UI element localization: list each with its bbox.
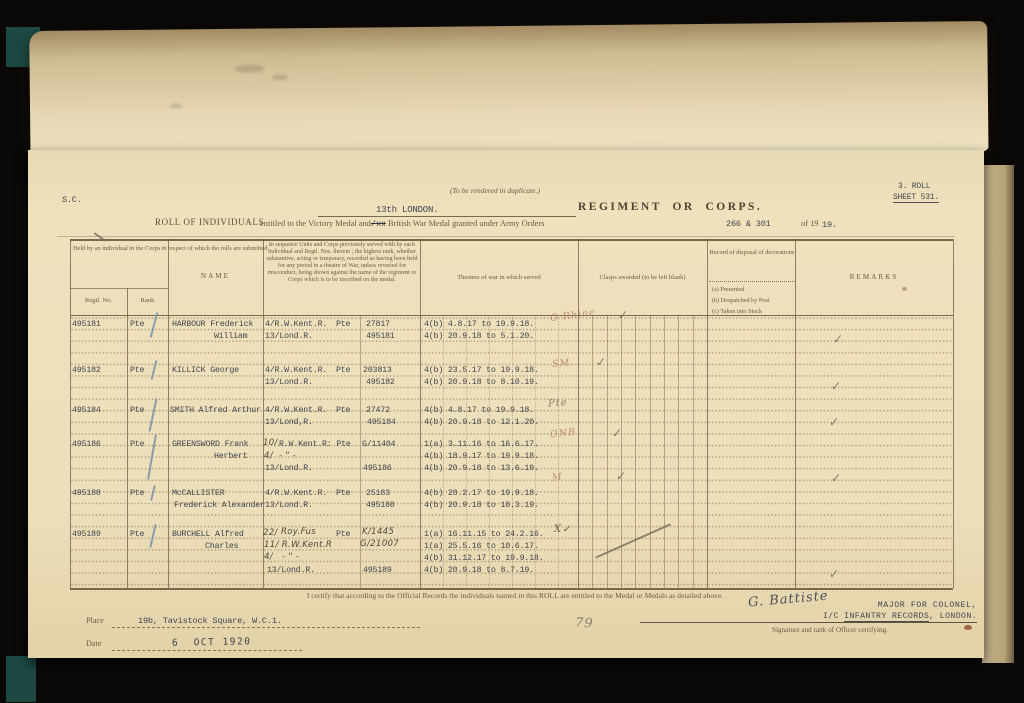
entry-text: HARBOUR Frederick <box>172 320 253 329</box>
roll-subtitle: entitled to the Victory Medal and/xx Bri… <box>258 219 544 229</box>
entry-text: 4(b) 4.8.17 to 19.9.18. <box>424 406 534 415</box>
entry-text: 10/ <box>263 438 278 448</box>
date-rule <box>112 650 302 651</box>
entry-text: 25183 <box>366 489 390 498</box>
header-held-by: Held by an individual in the Corps in re… <box>73 245 165 253</box>
entry-text: 11/ R.W.Kent.R <box>264 540 332 550</box>
header-units: In sequence Units and Corps previously s… <box>266 242 418 283</box>
entry-text: BURCHELL Alfred <box>172 530 244 539</box>
pencil-check-mark: ✓ <box>616 468 627 483</box>
entry-text: 495181 <box>366 332 395 341</box>
clasp-subcolumn-line <box>693 315 694 588</box>
entry-text: 4/ - " - <box>264 451 296 461</box>
entry-text: Pte <box>130 406 144 415</box>
entry-text: Pte <box>130 320 144 329</box>
header-disposal-b: (b) Despatched by Post <box>712 297 770 304</box>
entry-text: Pte <box>336 366 350 375</box>
pencil-check-mark: ✓ <box>618 307 629 322</box>
entry-text: 495188 <box>72 489 101 498</box>
held-by-subdivider <box>70 288 168 289</box>
handwritten-annotation: Pte <box>548 397 569 410</box>
table-right-border <box>953 239 954 588</box>
ink-speck <box>964 625 972 630</box>
unit-name-rule <box>318 216 576 217</box>
pencil-check-mark: ✓ <box>596 354 607 369</box>
clasp-subcolumn-line <box>678 315 679 588</box>
clasp-subcolumn-line <box>592 315 593 588</box>
header-rank: Rank <box>127 297 168 304</box>
pencil-check-mark: ✓ <box>829 566 840 581</box>
roll-subtitle-part1: entitled to the Victory Medal and <box>258 219 371 228</box>
entry-text: G/21007 <box>360 539 399 549</box>
entry-text: 4(b) 23.5.17 to 19.9.18. <box>424 366 539 375</box>
entry-text: 4/R.W.Kent.R. <box>265 406 327 415</box>
entry-text: KILLICK George <box>172 366 239 375</box>
duplicate-note: (To be rendered in duplicate.) <box>450 186 540 195</box>
entry-text: 495182 <box>72 366 101 375</box>
entry-text: 4(b) 20.9.18 to 13.6.19. <box>424 464 539 473</box>
entry-text: 4(b) 20.9.18 to 8.10.19. <box>424 378 539 387</box>
entry-text: 13/Lond,R. <box>265 418 313 427</box>
entry-text: Frederick Alexander <box>174 501 265 510</box>
entry-text: 4(b) 4.8.17 to 19.9.18. <box>424 320 534 329</box>
signature-rule <box>640 622 977 623</box>
officer-rank-line2: I/C INFANTRY RECORDS, LONDON. <box>770 612 977 621</box>
entry-text: William <box>214 332 247 341</box>
entry-text: 4/ - " - <box>264 552 299 562</box>
place-value: 19b, Tavistock Square, W.C.1. <box>138 616 282 626</box>
entry-text: 4/R.W.Kent.R. <box>265 320 327 329</box>
clasp-subcolumn-line <box>650 315 651 588</box>
entry-text: Pte <box>130 366 144 375</box>
entry-text: 4/R.W.Kent.R. <box>265 489 327 498</box>
handwritten-annotation: M <box>551 471 563 483</box>
entry-text: GREENSWORD Frank <box>172 440 248 449</box>
of-19-printed: of 19 <box>801 219 818 228</box>
entry-text: 4(b) 28.2.17 to 19.9.18. <box>424 489 539 498</box>
entry-text: Herbert <box>214 452 247 461</box>
header-regtl-no: Regtl. No. <box>70 297 127 304</box>
roll-subtitle-part2: British War Medal granted under Army Ord… <box>386 219 545 228</box>
handwritten-annotation: SM. <box>551 357 574 370</box>
entry-text: 13/Lond.R. <box>265 464 313 473</box>
entry-text: 1(a) 16.11.15 to 24.2.16. <box>424 530 543 539</box>
entry-text: 495189 <box>72 530 101 539</box>
pencil-check-mark: ✓ <box>612 425 623 440</box>
entry-text: 495182 <box>366 378 395 387</box>
header-disposal-title: Record of disposal of decorations <box>709 248 795 257</box>
entry-text: 495184 <box>72 406 101 415</box>
roll-title: ROLL OF INDIVIDUALS <box>155 217 264 227</box>
rank-line2-underlined: INFANTRY RECORDS <box>844 612 929 622</box>
entry-text: 495189 <box>363 566 392 575</box>
entry-text: K/1445 <box>362 527 394 537</box>
entry-text: 4(b) 18.9.17 to 19.9.18. <box>424 452 539 461</box>
entry-text: 495188 <box>366 501 395 510</box>
entry-text: 4(b) 20.9.18 to 5.1.20. <box>424 332 534 341</box>
entry-text: Pte <box>336 530 350 539</box>
rank-line2-prefix: I/C <box>823 612 844 621</box>
entry-text: 13/Lond.R. <box>265 501 313 510</box>
place-rule <box>112 627 420 628</box>
theatre-subcolumn-line <box>558 315 559 588</box>
entry-text: 4/R.W.Kent.R. <box>265 366 327 375</box>
handwritten-annotation: 79 <box>574 615 594 631</box>
roll-number: 3. ROLL <box>898 182 930 191</box>
clasp-subcolumn-line <box>664 315 665 588</box>
entry-text: Pte <box>336 489 350 498</box>
header-name: NAME <box>168 272 263 280</box>
pencil-check-mark: ✓ <box>831 470 842 485</box>
entry-text: 1(a) 3.11.16 to 16.6.17. <box>424 440 539 449</box>
pencil-check-mark: ✓ <box>833 331 844 346</box>
table-top-border <box>70 239 953 241</box>
army-orders-numbers: 266 & 301 <box>726 219 771 229</box>
entry-text: 27472 <box>366 406 390 415</box>
entry-text: 27817 <box>366 320 390 329</box>
entry-text: 4(b) 31.12.17 to 19.9.18. <box>424 554 543 563</box>
entry-text: 13/Lond.R. <box>267 566 315 575</box>
date-stamp: 6 OCT 1920 <box>172 636 252 648</box>
header-theatres: Theatres of war in which served <box>422 274 576 281</box>
clasp-subcolumn-line <box>621 315 622 588</box>
entry-text: 13/Lond.R. <box>265 332 313 341</box>
entry-text: Roy.Fus <box>281 527 316 537</box>
entry-text: 13/Lond.R. <box>265 378 313 387</box>
date-label: Date <box>86 639 101 648</box>
clasp-subcolumn-line <box>607 315 608 588</box>
pencil-check-mark: ✓ <box>829 414 840 429</box>
entry-text: Pte <box>130 489 144 498</box>
entry-text: R.W.Kent.R: Pte <box>279 440 351 449</box>
year-typed: 19. <box>822 220 837 230</box>
unit-name: 13th LONDON. <box>376 205 438 215</box>
header-clasps: Clasps awarded (to be left blank) <box>580 274 705 281</box>
header-disposal-a: (a) Presented <box>712 286 744 293</box>
signature-caption: Signature and rank of Officer certifying… <box>710 626 950 634</box>
sheet-content-layer: (To be rendered in duplicate.) S.C. 3. R… <box>0 0 1024 703</box>
table-top-hairline <box>57 236 955 237</box>
entry-text: 495186 <box>72 440 101 449</box>
header-remarks: REMARKS <box>795 273 953 281</box>
entry-text: Pte <box>336 406 350 415</box>
ink-speck <box>902 287 907 291</box>
sheet-number: SHEET 531. <box>893 193 939 203</box>
regiment-or-corps-label: REGIMENT OR CORPS. <box>578 201 762 213</box>
entry-text: Pte <box>336 320 350 329</box>
entry-text: Charles <box>205 542 238 551</box>
entry-text: Pte <box>130 440 144 449</box>
entry-text: SMITH Alfred Arthur <box>170 406 261 415</box>
pencil-check-mark: ✓ <box>831 378 842 393</box>
entry-text: Pte <box>130 530 144 539</box>
entry-text: 495184 <box>367 418 396 427</box>
handwritten-annotation: X✓ <box>554 524 572 535</box>
photo-backdrop: (To be rendered in duplicate.) S.C. 3. R… <box>0 0 1024 703</box>
entry-text: McCALLISTER <box>172 489 225 498</box>
entry-text: G/11404 <box>362 440 395 449</box>
entry-text: 4(b) 20.9.18 to 18.3.19. <box>424 501 539 510</box>
sc-mark: S.C. <box>62 195 82 205</box>
header-disposal-c: (c) Taken into Stock <box>712 308 762 315</box>
entry-text: 22/ <box>263 528 278 538</box>
entry-text: 495186 <box>363 464 392 473</box>
clasp-subcolumn-line <box>635 315 636 588</box>
entry-text: 4(b) 20.9.18 to 8.7.19. <box>424 566 534 575</box>
entry-text: 203813 <box>363 366 392 375</box>
rank-line2-suffix: , LONDON. <box>929 612 977 621</box>
disposal-header-divider <box>709 281 795 282</box>
overstruck-text: /xx <box>371 219 386 229</box>
entry-text: 4(b) 20.9.18 to 12.1.20. <box>424 418 539 427</box>
place-label: Place <box>86 616 104 625</box>
entry-text: 1(a) 25.5.16 to 10.6.17. <box>424 542 539 551</box>
entry-text: 495181 <box>72 320 101 329</box>
officer-rank-line1: MAJOR FOR COLONEL, <box>805 601 977 610</box>
